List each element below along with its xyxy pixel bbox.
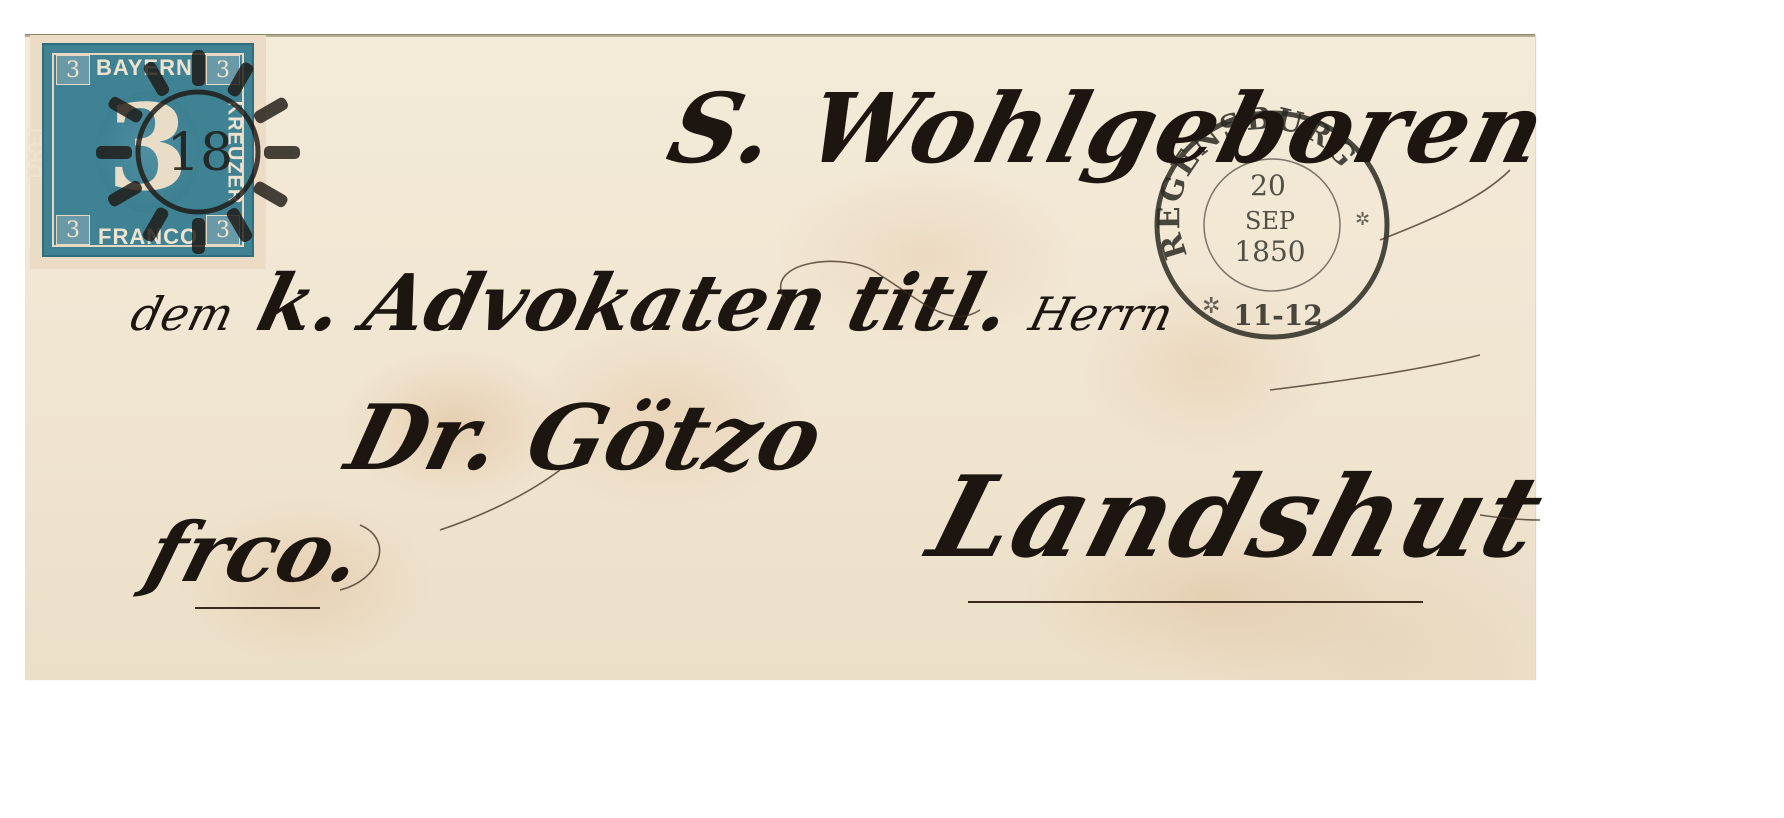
- address-line-1: dem k. Advokaten titl. Herrn: [124, 258, 1186, 349]
- address-herrn: Herrn: [1024, 287, 1178, 341]
- cancel-number: 18: [167, 123, 233, 183]
- address-titl: titl.: [839, 258, 1020, 349]
- address-profession: Advokaten: [355, 258, 837, 349]
- stamp-corner-numeral: 3: [56, 215, 90, 245]
- stamp-corner-numeral: 3: [56, 55, 90, 85]
- franking-note: frco.: [136, 505, 374, 601]
- salutation-text: S. Wohlgeboren: [658, 72, 1558, 185]
- postmark-month: SEP: [1245, 207, 1295, 235]
- millwheel-cancel-icon: 18: [88, 42, 308, 262]
- recipient-name: Dr. Götzo: [337, 385, 833, 491]
- city-underline: [968, 601, 1423, 603]
- address-prefix: dem: [126, 287, 240, 341]
- franco-underline: [195, 607, 320, 609]
- svg-text:✲: ✲: [1202, 294, 1220, 319]
- address-title: k.: [249, 258, 353, 349]
- postmark-year: 1850: [1234, 235, 1305, 268]
- svg-text:✲: ✲: [1355, 209, 1370, 230]
- stamp-left-text: DREI: [24, 127, 47, 179]
- destination-city: Landshut: [916, 452, 1558, 583]
- postmark-time: 11-12: [1233, 299, 1323, 332]
